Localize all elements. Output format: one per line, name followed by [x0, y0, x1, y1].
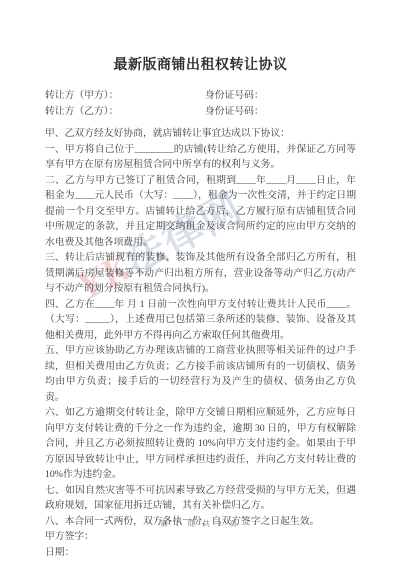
- clause-4: 四、乙方在____年 月 1 日前一次性向甲方支付转让费共计人民币____。（大…: [45, 297, 356, 344]
- document-page: YK法律网 最新版商铺出租权转让协议 转让方（甲方）： 身份证号码： 转让方（乙…: [0, 0, 400, 565]
- intro-paragraph: 甲、乙双方经友好协商，就店铺转让事宜达成以下协议：: [45, 126, 356, 142]
- clause-7: 七、如因自然灾害等不可抗因素导致乙方经营受损的与甲方无关，但遇政府规划，国家征用…: [45, 483, 356, 514]
- page-number-footer: 第 1 页 共 2 页: [0, 518, 400, 529]
- party-b-row: 转让方（乙方）： 身份证号码：: [45, 104, 356, 120]
- clause-5: 五、甲方应该协助乙方办理该店铺的工商营业执照等相关证件的过户手续，但相关费用由乙…: [45, 343, 356, 405]
- document-title: 最新版商铺出租权转让协议: [45, 54, 356, 74]
- clause-6: 六、如乙方逾期交付转让金，除甲方交铺日期相应顺延外，乙方应每日向甲方支付转让费的…: [45, 405, 356, 483]
- party-a-id-label: 身份证号码：: [205, 88, 356, 104]
- party-a-signature-label: 甲方签字：: [45, 529, 356, 545]
- party-a-row: 转让方（甲方）： 身份证号码：: [45, 88, 356, 104]
- date-label: 日期：: [45, 545, 356, 561]
- clause-1: 一、甲方将自己位于________的店铺(转让给乙方使用，并保证乙方同等享有甲方…: [45, 142, 356, 173]
- clauses-block: 甲、乙双方经友好协商，就店铺转让事宜达成以下协议： 一、甲方将自己位于_____…: [45, 126, 356, 560]
- party-b-id-label: 身份证号码：: [205, 104, 356, 120]
- party-b-label: 转让方（乙方）：: [45, 104, 205, 120]
- clause-3: 三、转让后店铺现有的装修、装饰及其他所有设备全部归乙方所有，租赁期满后房屋装修等…: [45, 250, 356, 297]
- clause-2: 二、乙方与甲方已签订了租赁合同，租期到____年____月____日止，年租金为…: [45, 173, 356, 251]
- party-a-label: 转让方（甲方）：: [45, 88, 205, 104]
- document-content: 最新版商铺出租权转让协议 转让方（甲方）： 身份证号码： 转让方（乙方）： 身份…: [0, 0, 400, 560]
